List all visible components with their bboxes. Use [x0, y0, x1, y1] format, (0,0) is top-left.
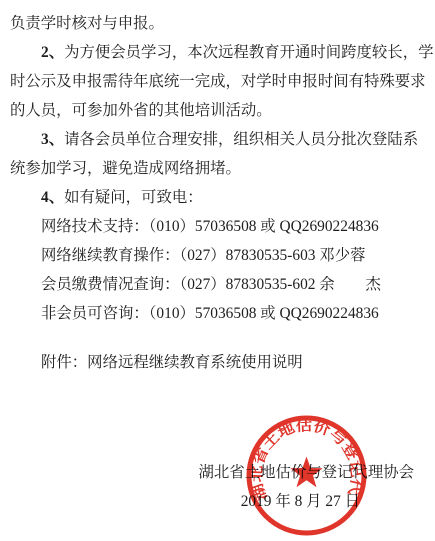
- body-line: 3、请各会员单位合理安排，组织相关人员分批次登陆系: [10, 125, 424, 154]
- contact-line-nonmember: 非会员可咨询：（010）57036508 或 QQ2690224836: [10, 299, 424, 328]
- seal-arc-text: 湖北省土地估价与登记代理协会: [243, 412, 365, 503]
- svg-text:湖北省土地估价与登记代理协会: 湖北省土地估价与登记代理协会: [243, 412, 365, 503]
- list-number: 4、: [41, 189, 64, 206]
- line-text: 统参加学习，避免造成网络拥堵。: [10, 160, 241, 177]
- line-text: 附件：网络远程继续教育系统使用说明: [41, 354, 303, 371]
- line-text: 时公示及申报需待年底统一完成，对学时申报时间有特殊要求: [10, 73, 426, 90]
- body-line: 统参加学习，避免造成网络拥堵。: [10, 154, 424, 183]
- body-line: 负责学时核对与申报。: [10, 9, 424, 38]
- line-text: 请各会员单位合理安排，组织相关人员分批次登陆系: [64, 131, 418, 148]
- list-number: 2、: [41, 44, 64, 61]
- contact-line-payment-query: 会员缴费情况查询：（027）87830535-602 余 杰: [10, 270, 424, 299]
- attachment-line: 附件：网络远程继续教育系统使用说明: [10, 348, 424, 377]
- spacer: [10, 328, 424, 348]
- line-text: 网络继续教育操作：（027）87830535-603 邓少蓉: [41, 247, 365, 264]
- line-text: 网络技术支持：（010）57036508 或 QQ2690224836: [41, 218, 379, 235]
- line-text: 会员缴费情况查询：（027）87830535-602 余 杰: [41, 276, 381, 293]
- body-line: 2、为方便会员学习，本次远程教育开通时间跨度较长，学: [10, 38, 424, 67]
- line-text: 负责学时核对与申报。: [10, 15, 164, 32]
- body-line: 4、如有疑问，可致电：: [10, 183, 424, 212]
- line-text: 非会员可咨询：（010）57036508 或 QQ2690224836: [41, 305, 379, 322]
- document-page: 负责学时核对与申报。 2、为方便会员学习，本次远程教育开通时间跨度较长，学 时公…: [0, 0, 435, 541]
- line-text: 为方便会员学习，本次远程教育开通时间跨度较长，学: [64, 44, 433, 61]
- contact-line-education-ops: 网络继续教育操作：（027）87830535-603 邓少蓉: [10, 241, 424, 270]
- body-line: 的人员，可参加外省的其他培训活动。: [10, 96, 424, 125]
- list-number: 3、: [41, 131, 64, 148]
- line-text: 如有疑问，可致电：: [64, 189, 203, 206]
- body-line: 时公示及申报需待年底统一完成，对学时申报时间有特殊要求: [10, 67, 424, 96]
- red-star-icon: [290, 457, 322, 488]
- contact-line-tech-support: 网络技术支持：（010）57036508 或 QQ2690224836: [10, 212, 424, 241]
- line-text: 的人员，可参加外省的其他培训活动。: [10, 102, 272, 119]
- official-seal: 湖北省土地估价与登记代理协会: [243, 412, 370, 539]
